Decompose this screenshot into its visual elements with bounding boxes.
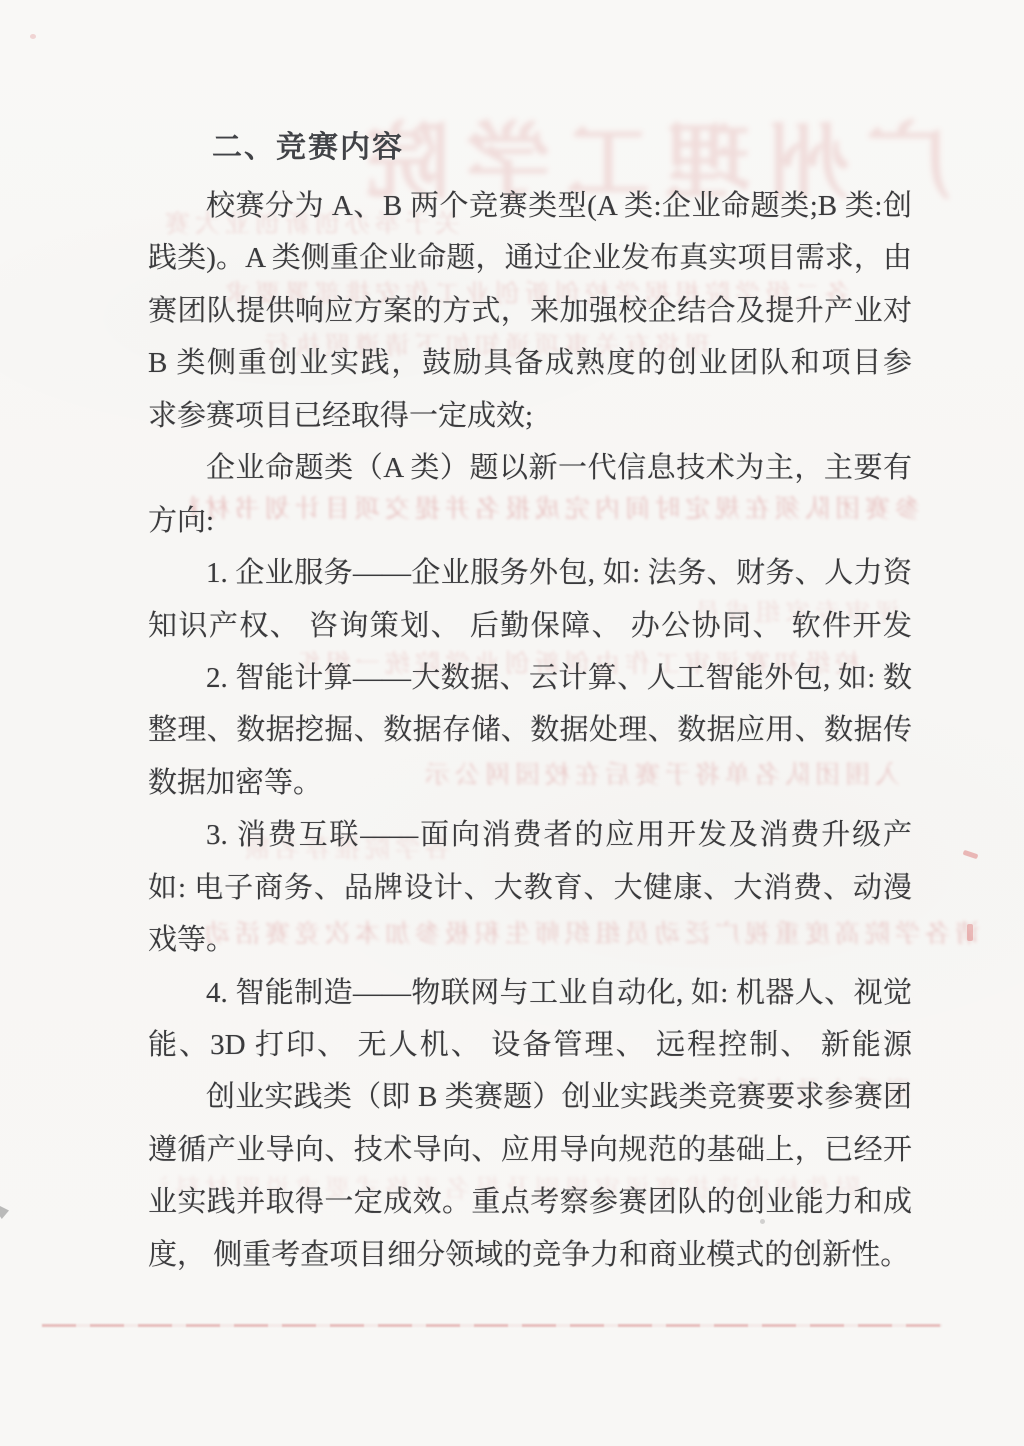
text-line: 创业实践类（即 B 类赛题）创业实践类竞赛要求参赛团队在 [148, 1071, 912, 1123]
text-line: 1. 企业服务——企业服务外包, 如: 法务、财务、人力资源、 [148, 547, 912, 599]
section-heading: 二、竞赛内容 [212, 131, 404, 167]
text-line: 戏等。 [148, 914, 912, 966]
text-line: 业实践并取得一定成效。重点考察参赛团队的创业能力和成熟 [148, 1176, 912, 1228]
bleed-through-rule-line [42, 1324, 942, 1327]
text-line: 能、3D 打印、 无人机、 设备管理、 远程控制、 新能源等。。 [148, 1019, 912, 1071]
text-line: 方向: [148, 495, 912, 547]
scan-red-mark [963, 850, 979, 859]
scan-red-mark [967, 924, 973, 941]
text-line: 3. 消费互联——面向消费者的应用开发及消费升级产品， [148, 809, 912, 861]
text-line: 遵循产业导向、技术导向、应用导向规范的基础上，已经开始创 [148, 1124, 912, 1176]
text-line: 度， 侧重考查项目细分领域的竞争力和商业模式的创新性。 [148, 1229, 912, 1281]
text-line: 如: 电子商务、品牌设计、大教育、大健康、大消费、动漫及游 [148, 862, 912, 914]
text-line: 4. 智能制造——物联网与工业自动化, 如: 机器人、视觉智 [148, 967, 912, 1019]
document-body: 校赛分为 A、B 两个竞赛类型(A 类:企业命题类;B 类:创业实 践类)。A … [148, 180, 912, 1281]
text-line: 知识产权、 咨询策划、 后勤保障、 办公协同、 软件开发等。 [148, 600, 912, 652]
text-line: 2. 智能计算——大数据、云计算、人工智能外包, 如: 数据 [148, 652, 912, 704]
text-line: 赛团队提供响应方案的方式，来加强校企结合及提升产业对接; [148, 285, 912, 337]
scanned-document-page: 广州理工学院 关于举办创新创业大赛 各二级学院根据学校创新创业工作安排部署要求 … [0, 0, 1024, 1446]
text-line: 校赛分为 A、B 两个竞赛类型(A 类:企业命题类;B 类:创业实 [148, 180, 912, 232]
text-line: B 类侧重创业实践，鼓励具备成熟度的创业团队和项目参赛，要 [148, 337, 912, 389]
text-line: 求参赛项目已经取得一定成效; [148, 390, 912, 442]
text-line: 企业命题类（A 类）题以新一代信息技术为主，主要有以下 [148, 442, 912, 494]
text-line: 数据加密等。 [148, 757, 912, 809]
text-line: 整理、数据挖掘、数据存储、数据处理、数据应用、数据传输、 [148, 704, 912, 756]
scan-speck [30, 34, 36, 39]
scan-edge-mark [0, 1206, 9, 1219]
text-line: 践类)。A 类侧重企业命题，通过企业发布真实项目需求，由参 [148, 232, 912, 284]
